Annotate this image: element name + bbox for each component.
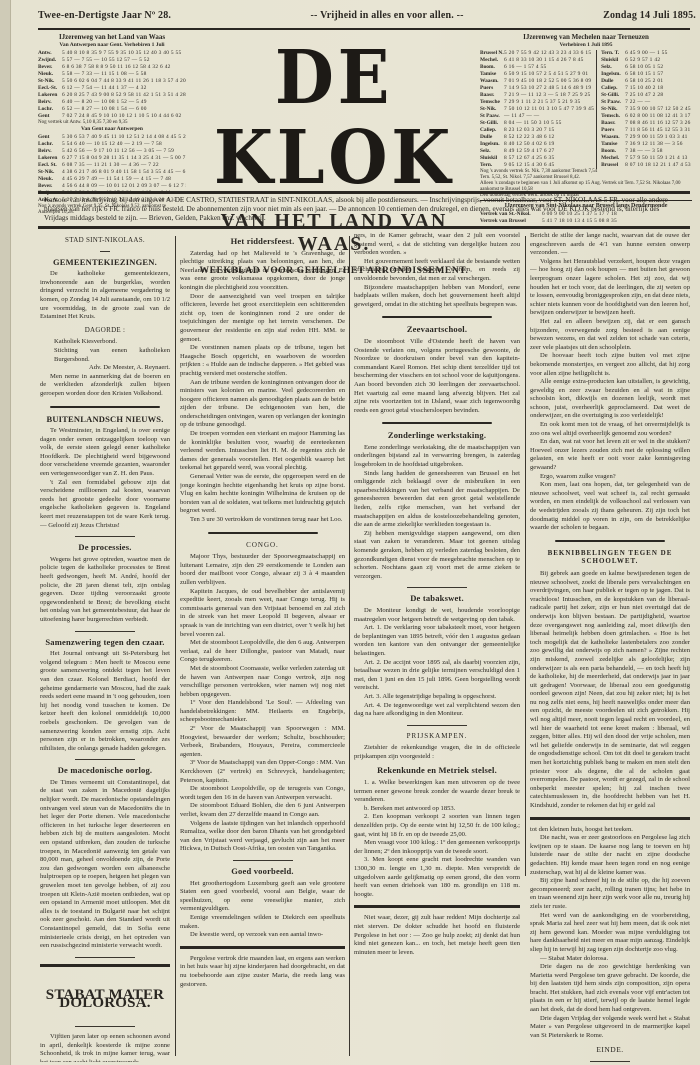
departure-times: 7 02 7 24 8 45 9 10 10 10 12 1 10 5 10 4…	[62, 113, 186, 120]
article-body: ners, in de Kamer gebracht, waar den 2 j…	[354, 232, 520, 258]
column-rule	[525, 236, 526, 876]
article-body: 1º Voor den Handelsbond 'Le Soul'. — Afd…	[180, 699, 345, 725]
article-title: Samenzwering tegen den czaar.	[40, 638, 170, 647]
timetable-waas: IJzerenweg van het Land van Waas Van Ant…	[38, 32, 186, 216]
departure-times: 8 52 12 22 3 48 6 12	[504, 134, 594, 141]
station-name: Caliep.	[480, 127, 504, 134]
departure-times: 5 54 6 40 — 10 15 12 40 — 2 19 — 7 58	[62, 141, 186, 148]
departure-times: 5 50 6 02 6 04 7 44 8 33 9 41 11 26 1 18…	[62, 78, 186, 85]
article-body: Het gouvernement heeft verklaard dat de …	[354, 258, 520, 284]
station-name: Baasr.	[480, 92, 504, 99]
timetable-row: St-Nik.5 50 6 02 6 04 7 44 8 33 9 41 11 …	[38, 78, 186, 85]
article-title: De tabakswet.	[354, 594, 520, 603]
article-title: Zeevaartschool.	[354, 325, 520, 334]
article-body: De vorstinnen namen plaats op de tribune…	[180, 344, 345, 378]
timetable-row: Mechel.6 41 8 33 10 30 1 15 4 26 7 8 45	[480, 57, 594, 64]
station-name: Puers	[601, 127, 625, 134]
article-body: Art. 4. De tegenwoordige wet zal verplic…	[354, 702, 520, 719]
station-name: Eecl.-St.	[38, 85, 62, 92]
timetable-row: St-Nik.7 50 10 12 11 01 3 10 5 47 7 39 9…	[480, 106, 594, 113]
signatures: Adv. De Meester, A. Reynaert.	[40, 364, 170, 373]
timetable-row: Brussel8 07 10 18 12 21 1 47 4 53	[601, 162, 692, 169]
departure-times: 8 04 — 11 50 3 10 5 55	[504, 120, 594, 127]
article-body: Door de aanwezigheid van veel troepen en…	[180, 293, 345, 345]
station-name: Nieuk.	[38, 176, 62, 183]
timetable-row: Lokeren6 20 8 25 7 43 9 00 8 52 9 58 11 …	[38, 92, 186, 99]
station-name: Tern. T.	[601, 50, 625, 57]
station-name: Boom.	[601, 148, 625, 155]
subscription-notice: Kantoor van inschrijving, bij den uitgev…	[44, 196, 684, 223]
motto: -- Vrijheid in alles en voor allen. --	[311, 10, 464, 21]
timetable-row: Antw.5 40 8 10 8 35 9 7 55 9 35 10 35 12…	[38, 50, 186, 57]
departure-times: 7 25 10 47 2 28	[625, 92, 692, 99]
departure-times: 4 45 6 29 7 49 — 11 54 1 59 — 4 15 — 7 4…	[62, 176, 186, 183]
article-body: De troepen vormden een vierkant en majoo…	[180, 430, 345, 473]
article-body: Sinds lang hadden de geneesheeren van Br…	[354, 470, 520, 530]
station-name: Brussel	[601, 162, 625, 169]
article-body: De Moniteur kondigt de wet, houdende voo…	[354, 607, 520, 624]
timetable-row: Mechel.7 57 9 50 11 59 1 21 4 13	[601, 155, 692, 162]
departure-times: 7 35 9 00 10 57 12 50 2 45	[625, 106, 692, 113]
masthead-rule	[38, 191, 690, 194]
article-body: Zietshier de rekenkundige vragen, die in…	[354, 744, 520, 761]
article-body: Met de stoomboot Coomassie, welke verled…	[180, 665, 345, 699]
departure-times: 7 14 9 53 10 27 2 48 5 14 6 48 9 19	[504, 85, 594, 92]
timetable-row: Tern. T.6 45 9 00 — 1 55	[601, 50, 692, 57]
article-title: Het riddersfeest.	[180, 237, 345, 246]
departure-times: 6 52 — 8 27 — 10 08 1 54 — 6 00	[62, 106, 186, 113]
timetable-row: Beirv.5 42 6 56 — 9 17 10 11 12 56 — 3 0…	[38, 148, 186, 155]
feuilleton-body: Vijftien jaren later op eenen schoonen a…	[40, 1033, 170, 1062]
article-title: De processies.	[40, 543, 170, 552]
timetable-row: Puers7 14 9 53 10 27 2 48 5 14 6 48 9 19	[480, 85, 594, 92]
timetable-title: IJzerenweg van Mechelen naar Terneuzen	[480, 34, 692, 41]
timetable-row: Beirv.6 40 — 8 20 — 10 08 1 52 — 5 49	[38, 99, 186, 106]
departure-times: 5 30 6 53 7 40 9 45 11 10 12 51 2 14 4 0…	[62, 134, 186, 141]
article-body: De stoomboot Leopoldville, op de terugre…	[180, 785, 345, 802]
feuilleton-body: Bij zijne hand schreef hij in de stilte …	[530, 877, 690, 911]
station-name: St-Nik.	[601, 106, 625, 113]
article-body: En ook komt men tot de vraag, of het onv…	[530, 421, 690, 438]
station-name: Zwijnd.	[38, 57, 62, 64]
newspaper-title: DE KLOK	[198, 38, 470, 198]
timetable-section: Van Gent naar Antwerpen	[38, 126, 186, 133]
section-header: STAD SINT-NIKOLAAS.	[40, 236, 170, 245]
article-title: GEMEENTEKIEZINGEN.	[40, 258, 170, 267]
feuilleton-body: tot den kleinen huis, hoogst het teeken.	[530, 826, 690, 835]
article-body: Eenige vreemdelingen wilden te Diekirch …	[180, 914, 345, 931]
departure-times: 7 38 — — 3 58	[625, 148, 692, 155]
column-rule	[349, 236, 350, 1056]
departure-times: 8 07 10 18 12 21 1 47 4 53	[625, 162, 692, 169]
article-body: Het groothertogdom Luxemburg geeft aan v…	[180, 880, 345, 914]
departure-times: 6 27 7 15 8 04 9 28 11 35 1 14 3 25 4 31…	[62, 155, 186, 162]
timetable-row: Nieuk.5 58 — 7 33 — 11 15 1 08 — 5 58	[38, 71, 186, 78]
column-2: Het riddersfeest. Zaterdag had op het Ma…	[180, 232, 345, 1062]
station-name: Lokeren	[38, 155, 62, 162]
station-name: Caliep.	[601, 85, 625, 92]
timetable-row: Temsche7 29 9 1 11 2 21 5 37 5 21 9 35	[480, 99, 594, 106]
departure-times: 7 57 9 50 11 59 1 21 4 13	[625, 155, 692, 162]
station-name: Dulle	[480, 134, 504, 141]
station-name: Boom.	[480, 64, 504, 71]
binding-edge	[0, 0, 11, 1065]
departure-times: 6 20 8 25 7 43 9 00 8 52 9 58 11 42 1 51…	[62, 92, 186, 99]
timetable-row: Ingelsm.8 40 12 50 4 02 6 19	[480, 141, 594, 148]
article-body: De stoomboot Ville d'Ostende heeft de ha…	[354, 338, 520, 415]
station-name: Lochr.	[38, 141, 62, 148]
departure-times: 6 02 8 00 11 08 12 41 3 17	[625, 113, 692, 120]
timetable-section: Van Antwerpen naar Gent. Verhebiren 1 Ju…	[38, 42, 186, 49]
article-body: Men vraagt voor 100 kilog.: 1º den gemee…	[354, 839, 520, 856]
end-marker: EINDE.	[530, 1046, 690, 1055]
station-name: Tern.	[480, 162, 504, 169]
volume-number: Twee-en-Dertigste Jaar Nº 28.	[38, 10, 171, 21]
departure-times: 7 50 10 12 11 01 3 10 5 47 7 39 9 45	[504, 106, 594, 113]
station-name: Temsch.	[601, 113, 625, 120]
timetable-row: Sluiskil8 57 12 67 4 25 6 35	[480, 155, 594, 162]
departure-times: 5 42 6 56 — 9 17 10 11 12 56 — 3 05 — 7 …	[62, 148, 186, 155]
article-body: Aan de tribune werden de koninginnen ont…	[180, 379, 345, 431]
column-rule	[175, 236, 176, 1056]
departure-times: 4 38 6 21 7 46 8 01 9 40 11 58 1 54 3 55…	[62, 169, 186, 176]
feuilleton-body: Het werd van de aankondiging en de voorb…	[530, 912, 690, 955]
timetable-row: Ingelsm.6 58 10 15 1 57	[601, 71, 692, 78]
timetable-row: Lochr.5 54 6 40 — 10 15 12 40 — 2 19 — 7…	[38, 141, 186, 148]
station-name: Waasm.	[480, 78, 504, 85]
article-body: Kon men, laat ons hopen, dat, ter gelege…	[530, 481, 690, 533]
header-rule	[38, 28, 690, 30]
article-body: 2. Een koopman verkoopt 2 soorten van li…	[354, 813, 520, 839]
timetable-row: Selz.8 49 12 59 4 17 6 27	[480, 148, 594, 155]
timetable-row: Tern.9 05 12 15 4 30 6 45	[480, 162, 594, 169]
article-body: Volgens de laatste tijdingen van het inl…	[180, 820, 345, 854]
station-name: Lokeren	[38, 92, 62, 99]
station-name: Selz.	[601, 64, 625, 71]
station-name: St-Gilli.	[601, 92, 625, 99]
departure-times: 8 40 12 50 4 02 6 19	[504, 141, 594, 148]
article-body: Kapitein Jacques, de oud bevelhebber der…	[180, 588, 345, 640]
article-subtitle: Rekenkunde en Metriek stelsel.	[354, 766, 520, 775]
station-name: Sluiskil	[601, 57, 625, 64]
station-name: St-Gilli.	[480, 120, 504, 127]
feuilleton-body: Die nacht, was er zeer gestoorloos en Pe…	[530, 834, 690, 877]
station-name: Antw.	[38, 50, 62, 57]
article-body: 2º Voor de Maatschappij van Spoorwegen :…	[180, 725, 345, 759]
article-body: Generaal Vetter was de eerste, die opger…	[180, 473, 345, 516]
article-body: b. Bereken met antwoord op 1853.	[354, 805, 520, 814]
timetable-row: Lokeren6 27 7 15 8 04 9 28 11 35 1 14 3 …	[38, 155, 186, 162]
timetable-row: Waasm.7 01 9 45 10 18 2 52 5 00 5 36 8 0…	[480, 78, 594, 85]
departure-times: 4 56 6 44 8 09 — 10 01 12 01 2 09 3 07 —…	[62, 183, 186, 190]
station-name: Lochr.	[38, 106, 62, 113]
station-name: Bever.	[38, 64, 62, 71]
article-body: Zij hebben menigvuldige stappen aangewen…	[354, 530, 520, 582]
timetable-row: Caliep.8 23 12 03 3 20 7 15	[480, 127, 594, 134]
article-body: Art. 3. Alle tegenstrijdige bepaling is …	[354, 693, 520, 702]
departure-times: 6 8 6 38 7 58 8 8 9 50 11 16 12 58 4 32 …	[62, 64, 186, 71]
departure-times: 6 58 10 05 1 52	[625, 64, 692, 71]
departure-times: 8 57 12 67 4 25 6 35	[504, 155, 594, 162]
timetable-row: Caliep.7 15 10 40 2 18	[601, 85, 692, 92]
article-body: Art. 1. De verklaring voor tabaksteelt m…	[354, 624, 520, 658]
article-body: Majoor Thys, bestuurder der Spoorwegmaat…	[180, 553, 345, 587]
article-body: Het zal en alleen bewijzen zij, dat er e…	[530, 318, 690, 352]
article-body: 1. a. Welke bewerkingen kan men uitvoere…	[354, 779, 520, 805]
feuilleton-title: STABAT MATER DOLOROSA.	[40, 991, 170, 1008]
station-name: Ingelsm.	[601, 71, 625, 78]
departure-times: 5 58 — 7 33 — 11 15 1 08 — 5 58	[62, 71, 186, 78]
timetable-row: Zwijnd.5 57 — 7 55 — 10 55 12 57 — 5 52	[38, 57, 186, 64]
departure-times: 8 49 12 59 4 17 6 27	[504, 148, 594, 155]
departure-times: 7 36 9 12 11 38 — 3 56	[625, 141, 692, 148]
article-body: De kwestie werd, op verzoek van een aant…	[180, 931, 345, 940]
timetable-row: St Paaw.— 11 47 — —	[480, 113, 594, 120]
timetable-row: Bever.6 8 6 38 7 58 8 8 9 50 11 16 12 58…	[38, 64, 186, 71]
departure-times: 8 23 12 03 3 20 7 15	[504, 127, 594, 134]
station-name: Puers	[480, 85, 504, 92]
departure-times: — 11 47 — —	[504, 113, 594, 120]
timetable-row: St-Nik.7 35 9 00 10 57 12 50 2 45	[601, 106, 692, 113]
timetable-row: Baasr.7 21 9 — 11 12 3 — 5 18 7 25 9 25	[480, 92, 594, 99]
timetable-row: St-Gilli.7 25 10 47 2 28	[601, 92, 692, 99]
station-name: Eecl. St.	[38, 162, 62, 169]
timetable-row: St-Nik.4 38 6 21 7 46 8 01 9 40 11 58 1 …	[38, 169, 186, 176]
departure-times: 9 05 12 15 4 30 6 45	[504, 162, 594, 169]
article-body: Art. 2. De accijnt voor 1895 zal, als da…	[354, 659, 520, 693]
timetable-row: Sluiskil6 52 9 57 1 42	[601, 57, 692, 64]
feuilleton-body: — Stabat Mater dolorosa.	[530, 955, 690, 964]
article-body: De hoovaar heeft toch zijne buiten vol m…	[530, 352, 690, 378]
timetable-row: Waasm.7 29 9 00 11 59 1 03 3 41	[601, 134, 692, 141]
station-name: St Paaw.	[480, 113, 504, 120]
article-body: Eene zonderlinge werkstaking, die de maa…	[354, 444, 520, 470]
article-body: De stoomboot Eduard Bohlen, die den 6 ju…	[180, 802, 345, 819]
timetable-row: Boom.6 16 — 1 57 4 55	[480, 64, 594, 71]
article-title: PRIJSKAMPEN.	[354, 732, 520, 741]
departure-times: 5 57 — 7 55 — 10 55 12 57 — 5 52	[62, 57, 186, 64]
station-name: St-Nik.	[38, 169, 62, 176]
column-4: Bericht de stilte der lange nacht, waarv…	[530, 232, 690, 1062]
departure-times: 7 29 9 1 11 2 21 5 37 5 21 9 35	[504, 99, 594, 106]
article-body: Ergo, waarom zulke vragen?	[530, 473, 690, 482]
departure-times: 5 20 7 55 9 42 12 43 3 23 4 33 6 15	[504, 50, 594, 57]
timetable-row: Gent5 30 6 53 7 40 9 45 11 10 12 51 2 14…	[38, 134, 186, 141]
article-body: Met de stoomboot Leopoldville, die den 6…	[180, 639, 345, 665]
agenda-item: Katholiek Kiesverbond.	[54, 338, 170, 347]
article-body: Te Westminster, in Engeland, is over een…	[40, 427, 170, 479]
departure-times: 6 52 9 57 1 42	[625, 57, 692, 64]
departure-times: 7 15 10 40 2 18	[625, 85, 692, 92]
station-name: Temsche	[480, 99, 504, 106]
issue-header: Twee-en-Dertigste Jaar Nº 28. -- Vrijhei…	[38, 10, 696, 21]
station-name: Tamise	[601, 141, 625, 148]
article-body: De Times verneemt uit Constantinopel, da…	[40, 779, 170, 951]
timetable-row: St Paaw.7 22 — —	[601, 99, 692, 106]
article-body: Bericht de stilte der lange nacht, waarv…	[530, 232, 690, 258]
article-body: Wegens het grove optreden, waartoe men d…	[40, 556, 170, 625]
timetable-row: Baasr.7 08 8 46 11 16 12 57 3 26	[601, 120, 692, 127]
departure-times: 6 41 8 33 10 30 1 15 4 26 7 8 45	[504, 57, 594, 64]
article-body: Het Journal ontvangt uit St-Petersburg h…	[40, 650, 170, 753]
station-name: Bever.	[38, 183, 62, 190]
departure-times: 7 29 9 00 11 59 1 03 3 41	[625, 134, 692, 141]
agenda-item: Stichting van eenen katholieken Burgersb…	[54, 347, 170, 364]
departure-times: 7 22 — —	[625, 99, 692, 106]
station-name: Gent	[38, 113, 62, 120]
feuilleton-body: Niet waar, dezer, gij zult haar redden! …	[354, 914, 520, 957]
station-name: Beirv.	[38, 148, 62, 155]
article-title: BUITENLANDSCH NIEUWS.	[40, 415, 170, 424]
departure-times: 6 45 9 00 — 1 55	[625, 50, 692, 57]
station-name: St-Nik.	[480, 106, 504, 113]
timetable-row: Brussel N.5 20 7 55 9 42 12 43 3 23 4 33…	[480, 50, 594, 57]
subscription-rule	[38, 226, 690, 229]
article-body: Bijzondere maatschappijen hebben van Mon…	[354, 284, 520, 310]
article-title: Zonderlinge werkstaking.	[354, 431, 520, 440]
departure-times: 7 21 9 — 11 12 3 — 5 18 7 25 9 25	[504, 92, 594, 99]
article-title: Goed voorbeeld.	[180, 867, 345, 876]
timetable-row: Dulle8 52 12 22 3 48 6 12	[480, 134, 594, 141]
station-name: Ingelsm.	[480, 141, 504, 148]
timetable-row: Lochr.6 52 — 8 27 — 10 08 1 54 — 6 00	[38, 106, 186, 113]
article-body: 3º Voor de Maatschappij van den Opper-Co…	[180, 759, 345, 785]
station-name: Mechel.	[601, 155, 625, 162]
timetable-row: Selz.6 58 10 05 1 52	[601, 64, 692, 71]
station-name: Brussel N.	[480, 50, 504, 57]
departure-times: 6 40 — 8 20 — 10 08 1 52 — 5 49	[62, 99, 186, 106]
article-body: Ten 3 ure 30 vertrokken de vorstinnen te…	[180, 516, 345, 525]
departure-times: 6 58 10 15 1 57	[625, 71, 692, 78]
departure-times: 6 16 — 1 57 4 55	[504, 64, 594, 71]
station-name: Tamise	[480, 71, 504, 78]
timetable-section: Verhebiren 1 Juli 1895	[480, 42, 692, 49]
timetable-row: Nieuk.4 45 6 29 7 49 — 11 54 1 59 — 4 15…	[38, 176, 186, 183]
column-1: STAD SINT-NIKOLAAS. GEMEENTEKIEZINGEN. D…	[40, 232, 170, 1062]
article-body: Zaterdag had op het Malieveld te 's Grav…	[180, 250, 345, 293]
timetable-row: Tamise6 50 9 15 10 57 2 5 4 51 5 27 9 01	[480, 71, 594, 78]
feuilleton-body: Pergolese vertrok drie maanden laat, en …	[180, 955, 345, 989]
timetable-row: Temsch.6 02 8 00 11 08 12 41 3 17	[601, 113, 692, 120]
station-name: Waasm.	[601, 134, 625, 141]
timetable-row: Eecl.-St.6 12 — 7 54 — 11 44 1 37 — 4 32	[38, 85, 186, 92]
newspaper-page: Twee-en-Dertigste Jaar Nº 28. -- Vrijhei…	[0, 0, 700, 1065]
article-title: BEKNIBBELINGEN TEGEN DE SCHOOLWET.	[530, 549, 690, 566]
issue-date: Zondag 14 Juli 1895.	[603, 10, 696, 21]
station-name: Nieuk.	[38, 71, 62, 78]
station-name: Baasr.	[601, 120, 625, 127]
article-body: Bij gebrek aan goede en kalme bewijsrede…	[530, 570, 690, 811]
article-body: Men neme in aanmerking dat de boeren en …	[40, 373, 170, 399]
departure-times: 7 08 8 46 11 16 12 57 3 26	[625, 120, 692, 127]
article-title: De macedonische oorlog.	[40, 766, 170, 775]
agenda-label: DAGORDE :	[40, 326, 170, 335]
timetable-row: Dulle6 58 10 25 2 01	[601, 78, 692, 85]
departure-times: 7 11 8 56 11 45 12 55 3 31	[625, 127, 692, 134]
departure-times: 5 40 8 10 8 35 9 7 55 9 35 10 35 12 40 3…	[62, 50, 186, 57]
station-name: St Paaw.	[601, 99, 625, 106]
timetable-title: IJzerenweg van het Land van Waas	[38, 34, 186, 41]
article-title: CONGO.	[180, 541, 345, 550]
timetable-row: Tamise7 36 9 12 11 38 — 3 56	[601, 141, 692, 148]
station-name: Sluiskil	[480, 155, 504, 162]
article-body: De katholieke gemeentekiezers, inwhonore…	[40, 270, 170, 322]
station-name: Selz.	[480, 148, 504, 155]
timetable-row: Eecl. St.6 08 7 35 — 11 21 1 30 — 4 36 —…	[38, 162, 186, 169]
station-name: Gent	[38, 134, 62, 141]
timetable-row: Gent7 02 7 24 8 45 9 10 10 10 12 1 10 5 …	[38, 113, 186, 120]
article-body: En dan, wat rat voor het leven zit er we…	[530, 438, 690, 472]
timetable-row: Puers7 11 8 56 11 45 12 55 3 31	[601, 127, 692, 134]
feuilleton-body: Drie dagen Vrijdag der volgende week wer…	[530, 1015, 690, 1041]
timetable-row: St-Gilli.8 04 — 11 50 3 10 5 55	[480, 120, 594, 127]
timetable-row: Bever.4 56 6 44 8 09 — 10 01 12 01 2 09 …	[38, 183, 186, 190]
article-body: 't Zal een formidabel gebouw zijn dat ve…	[40, 479, 170, 531]
departure-times: 6 58 10 25 2 01	[625, 78, 692, 85]
departure-times: 6 50 9 15 10 57 2 5 4 51 5 27 9 01	[504, 71, 594, 78]
feuilleton-body: Drie dagen na de zoo gewichtige herdenki…	[530, 963, 690, 1015]
station-name: Mechel.	[480, 57, 504, 64]
station-name: Beirv.	[38, 99, 62, 106]
station-name: St-Nik.	[38, 78, 62, 85]
article-body: Alle eenige extra-producten kan uitstall…	[530, 378, 690, 421]
departure-times: 6 08 7 35 — 11 21 1 30 — 4 36 — 7 22	[62, 162, 186, 169]
station-name: Dulle	[601, 78, 625, 85]
departure-times: 7 01 9 45 10 18 2 52 5 00 5 36 8 09	[504, 78, 594, 85]
timetable-row: Boom.7 38 — — 3 58	[601, 148, 692, 155]
departure-times: 6 12 — 7 54 — 11 44 1 37 — 4 32	[62, 85, 186, 92]
article-body: Volgens het Herautsblad verzekert, houpe…	[530, 258, 690, 318]
column-3: ners, in de Kamer gebracht, waar den 2 j…	[354, 232, 520, 1062]
article-body: 3. Men koopt eene gracht met loodrechte …	[354, 856, 520, 899]
